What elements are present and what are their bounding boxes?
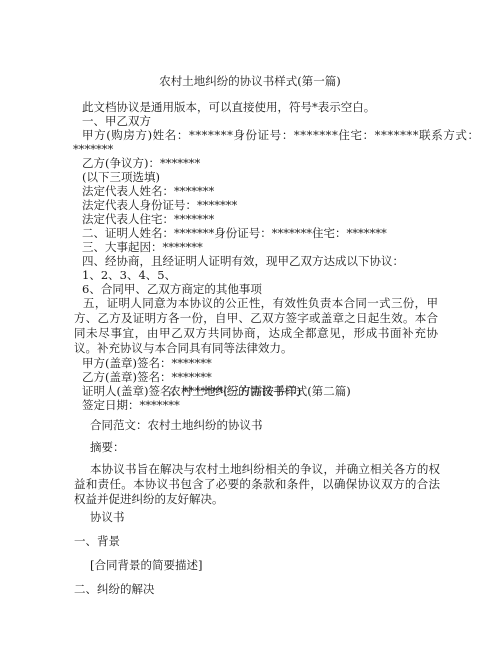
doc1-party-a-cont: ******* [73,142,113,156]
doc2-section2-heading: 二、纠纷的解决 [74,582,155,596]
doc2-agreement-heading: 协议书 [90,510,125,524]
doc1-sign-party-a: 甲方(盖章)签名：******* [82,356,212,370]
doc1-sign-date: 签定日期：******* [82,398,180,412]
doc1-section5-text: 五，证明人同意为本协议的公正性，有效性负责本合同一式三份，甲方、乙方及证明方各一… [74,296,438,356]
doc1-intro: 此文档协议是通用版本，可以直接使用，符号*表示空白。 [82,100,375,114]
doc1-party-b: 乙方(争议方)：******* [82,156,200,170]
doc1-sign-party-b: 乙方(盖章)签名：******* [82,370,212,384]
doc1-title: 农村土地纠纷的协议书样式(第一篇) [0,74,500,88]
doc1-section2-witness: 二、证明人姓名：*******身份证号：*******住宅：******* [82,226,387,240]
doc2-section1-heading: 一、背景 [74,534,120,548]
doc1-optional-note: (以下三项选填) [82,170,160,184]
document-page: 农村土地纠纷的协议书样式(第一篇) 此文档协议是通用版本，可以直接使用，符号*表… [0,0,500,647]
doc2-abstract-text: 本协议书旨在解决与农村土地纠纷相关的争议，并确立相关各方的权益和责任。本协议书包… [74,462,440,507]
doc1-items: 1、2、3、4、5、 [82,268,176,282]
doc2-section1-placeholder: [合同背景的简要描述] [90,558,202,572]
doc2-title: 农村土地纠纷的协议书样式(第二篇) [10,384,500,398]
doc1-item6: 6、合同甲、乙双方商定的其他事项 [82,282,262,296]
doc2-abstract-label: 摘要： [90,440,125,454]
doc1-section3-cause: 三、大事起因：******* [82,240,203,254]
doc1-legal-rep-name: 法定代表人姓名：******* [82,184,214,198]
doc2-contract-sample: 合同范文：农村土地纠纷的协议书 [90,418,263,432]
doc1-section1-heading: 一、甲乙双方 [82,114,151,128]
doc1-legal-rep-address: 法定代表人住宅：******* [82,212,214,226]
doc1-section4-agreement: 四、经协商，且经证明人证明有效，现甲乙双方达成以下协议： [82,254,404,268]
doc1-party-a: 甲方(购房方)姓名：*******身份证号：*******住宅：*******联… [82,128,480,142]
doc1-legal-rep-id: 法定代表人身份证号：******* [82,198,237,212]
